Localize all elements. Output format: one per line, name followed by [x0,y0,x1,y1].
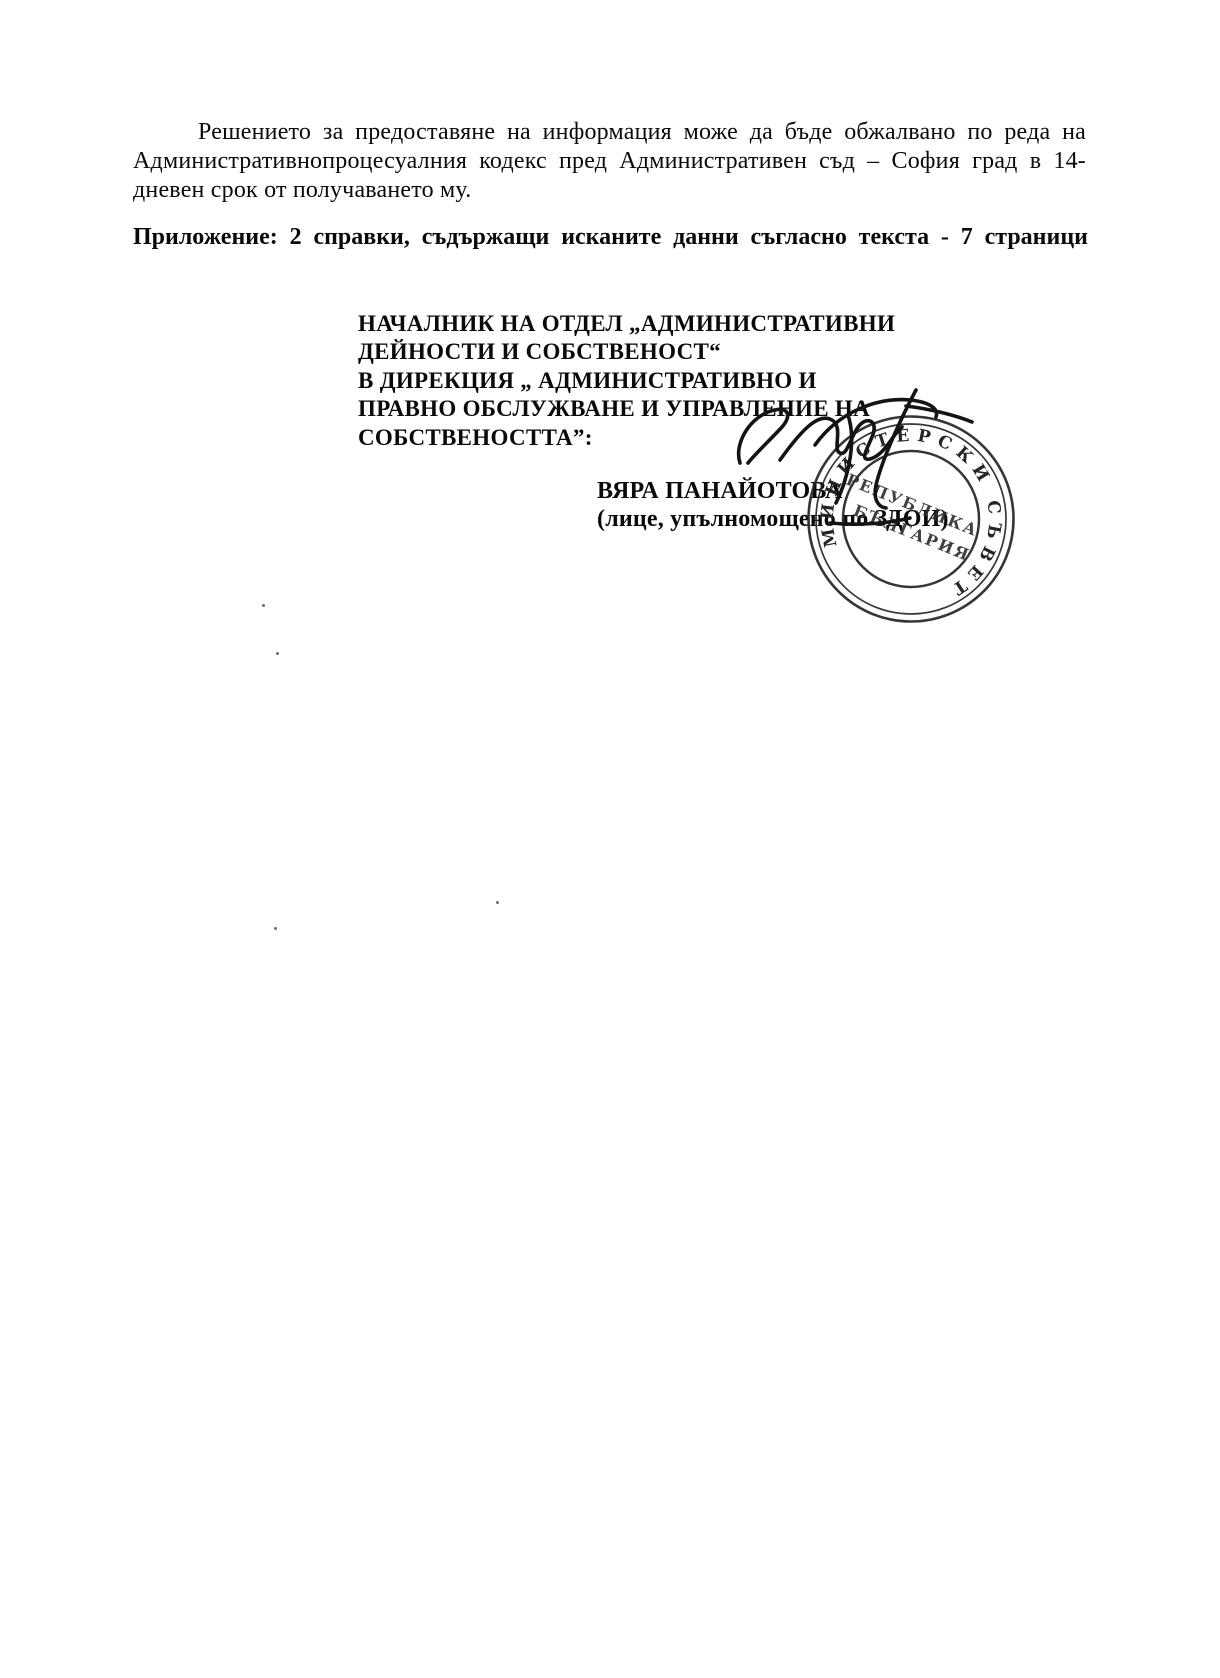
scan-speck [276,652,279,655]
attachment-line: Приложение: 2 справки, съдържащи исканит… [133,222,1088,252]
signatory-title-line: СОБСТВЕНОСТТА”: [358,424,958,452]
signatory-title-line: В ДИРЕКЦИЯ „ АДМИНИСТРАТИВНО И [358,367,958,395]
scanned-document-page: Решението за предоставяне на информация … [0,0,1220,1678]
signatory-title-line: ПРАВНО ОБСЛУЖВАНЕ И УПРАВЛЕНИЕ НА [358,395,958,423]
appeal-paragraph: Решението за предоставяне на информация … [133,118,1086,205]
signatory-title-line: ДЕЙНОСТИ И СОБСТВЕНОСТ“ [358,338,958,366]
signatory-name: ВЯРА ПАНАЙОТОВА [597,477,949,505]
scan-speck [262,604,265,607]
paragraph-line: Административнопроцесуалния кодекс пред … [133,147,1086,176]
paragraph-line: Решението за предоставяне на информация … [133,118,1086,147]
signatory-title-block: НАЧАЛНИК НА ОТДЕЛ „АДМИНИСТРАТИВНИ ДЕЙНО… [358,310,958,452]
signatory-name-block: ВЯРА ПАНАЙОТОВА (лице, упълномощено по З… [597,477,949,533]
paragraph-line: дневен срок от получаването му. [133,176,1086,205]
signatory-capacity: (лице, упълномощено по ЗДОИ) [597,505,949,533]
scan-speck [496,901,499,904]
scan-speck [274,927,277,930]
signatory-title-line: НАЧАЛНИК НА ОТДЕЛ „АДМИНИСТРАТИВНИ [358,310,958,338]
